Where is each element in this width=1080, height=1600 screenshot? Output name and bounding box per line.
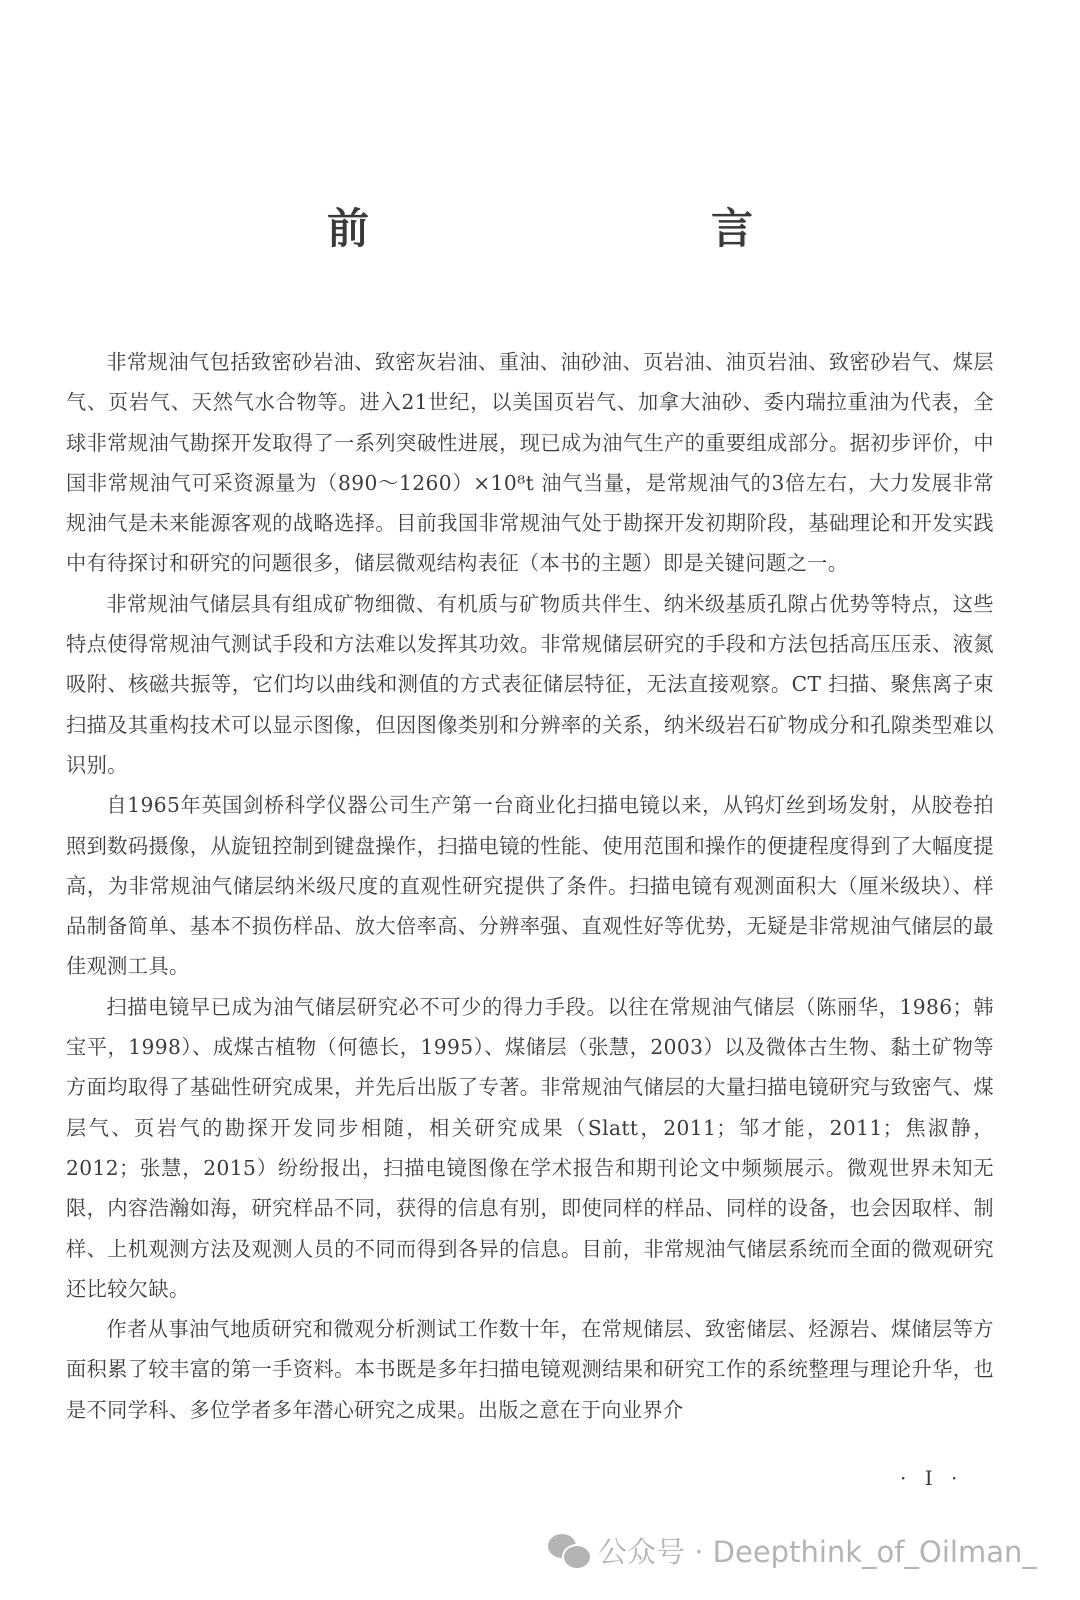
- watermark: 公众号 · Deepthink_of_Oilman_: [548, 1530, 1037, 1571]
- page-title: 前 言: [0, 196, 1080, 256]
- paragraph-3: 自1965年英国剑桥科学仪器公司生产第一台商业化扫描电镜以来，从钨灯丝到场发射，…: [66, 785, 994, 986]
- paragraph-4: 扫描电镜早已成为油气储层研究必不可少的得力手段。以往在常规油气储层（陈丽华，19…: [66, 987, 994, 1309]
- paragraph-5: 作者从事油气地质研究和微观分析测试工作数十年，在常规储层、致密储层、烃源岩、煤储…: [66, 1309, 994, 1430]
- paragraph-1: 非常规油气包括致密砂岩油、致密灰岩油、重油、油砂油、页岩油、油页岩油、致密砂岩气…: [66, 342, 994, 584]
- preface-body: 非常规油气包括致密砂岩油、致密灰岩油、重油、油砂油、页岩油、油页岩油、致密砂岩气…: [66, 342, 994, 1430]
- page-number: · I ·: [900, 1466, 963, 1490]
- paragraph-2: 非常规油气储层具有组成矿物细微、有机质与矿物质共伴生、纳米级基质孔隙占优势等特点…: [66, 584, 994, 785]
- wechat-icon: [548, 1534, 590, 1568]
- watermark-text: 公众号 · Deepthink_of_Oilman_: [598, 1530, 1037, 1571]
